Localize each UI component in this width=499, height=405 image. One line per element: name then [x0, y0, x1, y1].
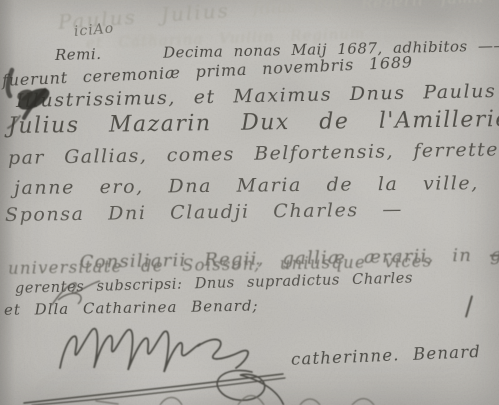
stray-pen-stroke: [465, 295, 473, 318]
manuscript-scan: Paulus Julius filius Dni Regerii famil e…: [0, 0, 499, 405]
manuscript-line: Julius Mazarin Dux de l'Amillerie: [8, 107, 499, 139]
manuscript-line: Sponsa Dni Claudji Charles —: [5, 198, 403, 226]
manuscript-line-faded: filius Dni Regerii famil: [253, 0, 485, 18]
signature-charles: [24, 329, 285, 405]
signature-catherinne-benard: catherinne. Benard: [291, 342, 482, 369]
cut-off-line-strokes: [96, 396, 374, 405]
manuscript-line: par Gallias, comes Belfortensis, ferrett…: [8, 138, 499, 169]
manuscript-line: et Dlla Catharinea Benard;: [4, 297, 259, 319]
struck-out-word: gene: [490, 244, 499, 266]
manuscript-line: janne ero, Dna Maria de la ville,: [14, 172, 479, 199]
